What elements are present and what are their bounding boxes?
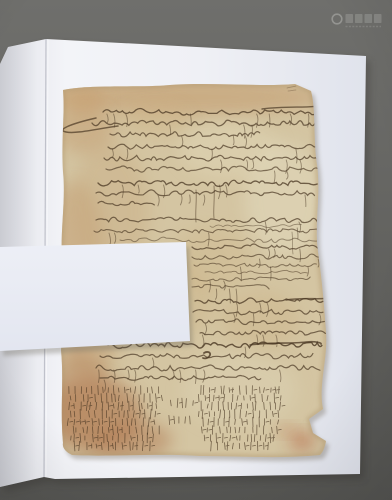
photo-canvas <box>0 0 392 500</box>
vignette-overlay <box>0 0 392 500</box>
catalog-photo <box>0 0 392 500</box>
